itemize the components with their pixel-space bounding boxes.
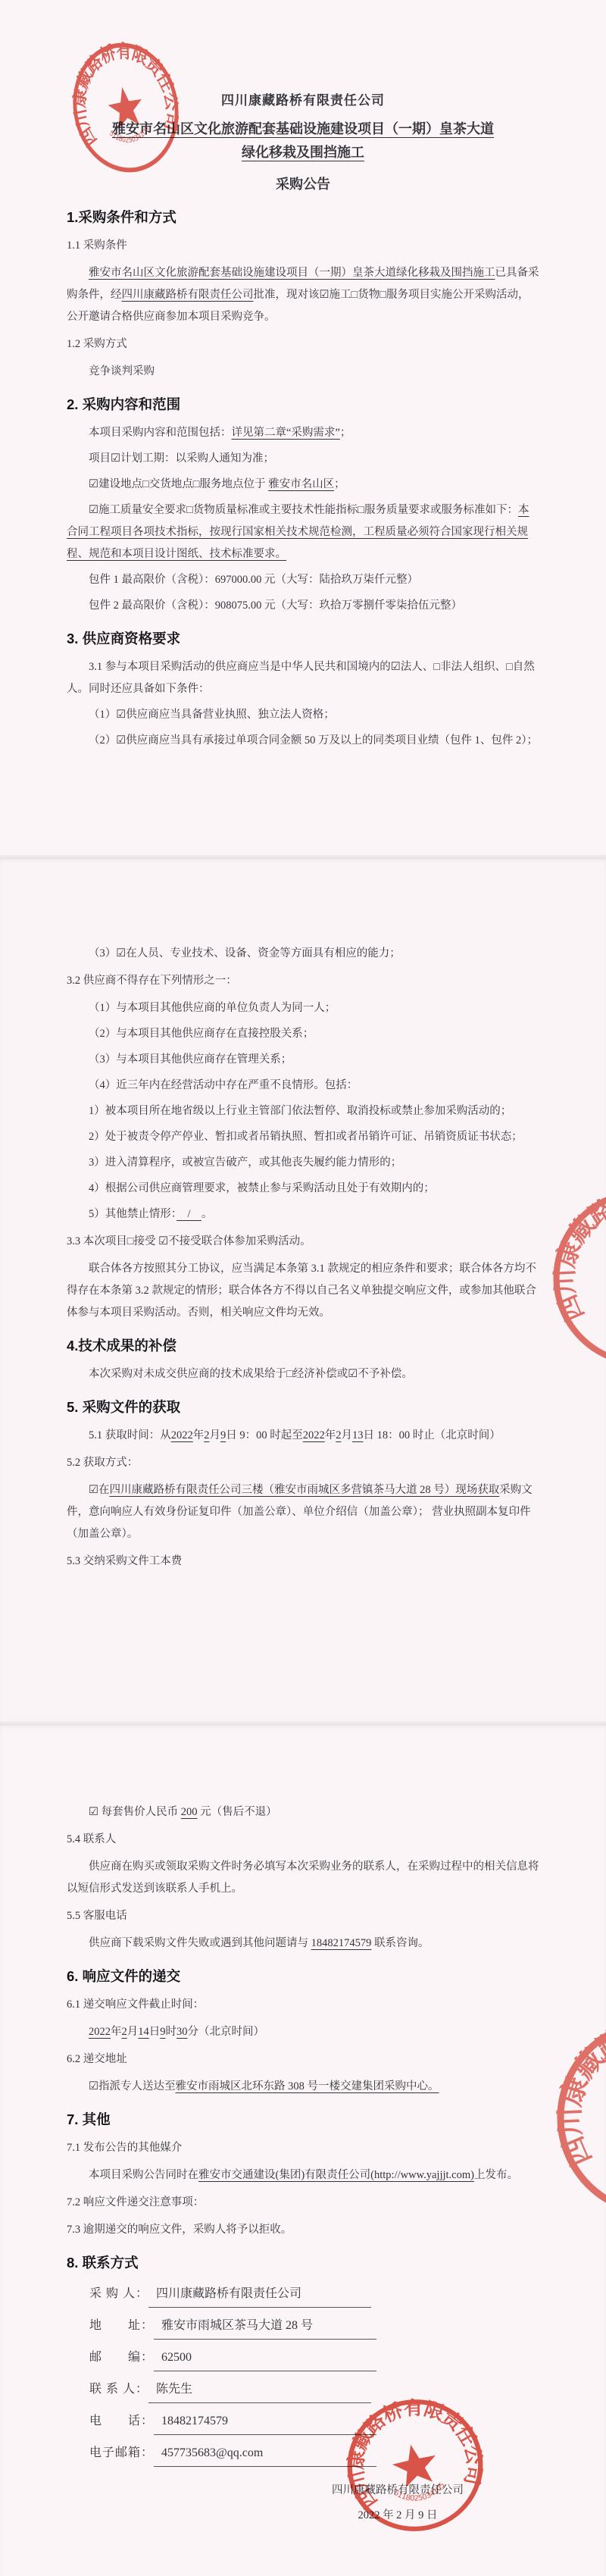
section-7-heading: 7. 其他: [67, 2108, 539, 2130]
contact-label: 地 址：: [89, 2319, 154, 2332]
clause-6-2-heading: 6.2 递交地址: [67, 2049, 539, 2071]
clause-3-2-item-4e: 5）其他禁止情形： / 。: [67, 1203, 539, 1225]
clause-7-3: 7.3 逾期递交的响应文件，采购人将予以拒收。: [67, 2219, 539, 2241]
text-segment: 2: [204, 1429, 209, 1441]
page-1-content: 四川康藏路桥有限责任公司 雅安市名山区文化旅游配套基础设施建设项目（一期）皇茶大…: [0, 0, 606, 752]
text-segment: 年: [111, 2026, 122, 2038]
text-segment: 9: [160, 2026, 165, 2038]
clause-3-1-item-2: （2）☑供应商应当具有承接过单项合同金额 50 万及以上的同类项目业绩（包件 1…: [67, 730, 539, 752]
text-segment: 5.1 获取时间：从: [89, 1429, 171, 1441]
text-segment: ☑ 每套售价人民币: [89, 1806, 181, 1818]
contact-value: 457735683@qq.com: [154, 2440, 376, 2467]
clause-5-2-heading: 5.2 获取方式：: [67, 1452, 539, 1474]
section-1-heading: 1.采购条件和方式: [67, 206, 539, 228]
clause-3-1-item-3: （3）☑在人员、专业技术、设备、资金等方面具有相应的能力；: [67, 943, 539, 965]
clause-3-2-item-2: （2）与本项目其他供应商存在直接控股关系；: [67, 1023, 539, 1045]
contact-value: 62500: [154, 2344, 376, 2371]
section-8-heading: 8. 联系方式: [67, 2252, 539, 2274]
text-segment: 日 9：00 时起至: [226, 1429, 303, 1441]
clause-5-4-body: 供应商在购买或领取采购文件时务必填写本次采购业务的联系人，在采购过程中的相关信息…: [67, 1856, 539, 1900]
clause-5-3-heading: 5.3 交纳采购文件工本费: [67, 1551, 539, 1573]
clause-7-1-heading: 7.1 发布公告的其他媒介: [67, 2137, 539, 2159]
text-segment: 月: [210, 1429, 221, 1441]
clause-3-1-item-1: （1）☑供应商应当具备营业执照、独立法人资格；: [67, 704, 539, 726]
contact-row-address: 地 址：雅安市雨城区茶马大道 28 号: [67, 2312, 539, 2340]
clause-1-2-body: 竞争谈判采购: [67, 361, 539, 383]
clause-3-2-item-4c: 3）进入清算程序，或被宣告破产，或其他丧失履约能力情形的；: [67, 1152, 539, 1174]
section-4-heading: 4.技术成果的补偿: [67, 1335, 539, 1357]
section-6-heading: 6. 响应文件的递交: [67, 1965, 539, 1987]
text-segment: 14: [138, 2026, 149, 2038]
text-segment: 四川康藏路桥有限责任公司: [122, 289, 254, 301]
text-segment: ☑建设地点□交货地点□服务地点位于: [89, 478, 268, 490]
contact-row-email: 电子邮箱：457735683@qq.com: [67, 2440, 539, 2467]
text-segment: 月: [127, 2026, 139, 2038]
text-segment: 13: [352, 1429, 364, 1441]
document-title-block: 四川康藏路桥有限责任公司 雅安市名山区文化旅游配套基础设施建设项目（一期）皇茶大…: [67, 0, 539, 196]
location-paragraph: ☑建设地点□交货地点□服务地点位于 雅安市名山区；: [67, 474, 539, 496]
section-5-heading: 5. 采购文件的获取: [67, 1396, 539, 1418]
text-segment: 雅安市雨城区北环东路 308 号一楼交建集团采购中心。: [176, 2080, 439, 2092]
text-segment: /: [176, 1208, 201, 1220]
clause-6-1-deadline: 2022年2月14日9时30分（北京时间）: [67, 2021, 539, 2043]
page-1: 四川康藏路桥有限责任公司 5118025034105 四川康藏路桥有限责任公司 …: [0, 0, 606, 855]
clause-5-5-heading: 5.5 客服电话: [67, 1905, 539, 1927]
clause-6-1-heading: 6.1 递交响应文件截止时间：: [67, 1994, 539, 2016]
contact-label: 联 系 人：: [89, 2383, 148, 2396]
contact-value: 四川康藏路桥有限责任公司: [148, 2280, 371, 2308]
text-segment: 雅安市名山区: [268, 478, 334, 490]
package-1-price: 包件 1 最高限价（含税）：697000.00 元（大写：陆拾玖万柒仟元整）: [67, 569, 539, 591]
clause-3-2-heading: 3.2 供应商不得存在下列情形之一：: [67, 970, 539, 992]
clause-7-2: 7.2 响应文件递交注意事项：: [67, 2192, 539, 2214]
text-segment: ；: [334, 478, 345, 490]
page-2: 四川康藏路桥有限责任公司 （3）☑在人员、专业技术、设备、资金等方面具有相应的能…: [0, 855, 606, 1721]
signature-date: 2022 年 2 月 9 日: [332, 2504, 464, 2527]
text-segment: 日: [149, 2026, 161, 2038]
scope-paragraph: 本项目采购内容和范围包括：详见第二章“采购需求”；: [67, 422, 539, 444]
text-segment: 200: [181, 1806, 198, 1818]
clause-1-1-heading: 1.1 采购条件: [67, 235, 539, 257]
contact-row-postcode: 邮 编：62500: [67, 2344, 539, 2371]
text-segment: 2: [336, 1429, 341, 1441]
clause-5-2-method: ☑在四川康藏路桥有限责任公司三楼（雅安市雨城区多营镇茶马大道 28 号）现场获取…: [67, 1479, 539, 1545]
text-segment: 雅安市名山区文化旅游配套基础设施建设项目（一期）皇茶大道绿化移栽及围挡施工: [89, 267, 495, 279]
page-2-content: （3）☑在人员、专业技术、设备、资金等方面具有相应的能力； 3.2 供应商不得存…: [0, 857, 606, 1573]
project-title-line2: 绿化移栽及围挡施工: [67, 141, 539, 164]
text-segment: 本项目采购公告同时在: [89, 2169, 198, 2181]
signature-block: 四川康藏路桥有限责任公司 2022 年 2 月 9 日: [332, 2479, 464, 2527]
quality-paragraph: ☑施工质量安全要求□货物质量标准或主要技术性能指标□服务质量要求或服务标准如下：…: [67, 499, 539, 565]
contact-row-phone: 电 话：18482174579: [67, 2408, 539, 2435]
package-2-price: 包件 2 最高限价（含税）：908075.00 元（大写：玖拾万零捌仟零柒拾伍元…: [67, 595, 539, 617]
clause-3-3-note: 联合体各方按照其分工协议，应当满足本条第 3.1 款规定的相应条件和要求；联合体…: [67, 1258, 539, 1324]
duration-paragraph: 项目☑计划工期：以采购人通知为准；: [67, 448, 539, 470]
text-segment: ☑在: [89, 1484, 110, 1496]
text-segment: 日 18：00 时止（北京时间）: [364, 1429, 501, 1441]
clause-3-3: 3.3 本次项目□接受 ☑不接受联合体参加采购活动。: [67, 1231, 539, 1253]
text-segment: 2022: [171, 1429, 193, 1441]
text-segment: 。: [201, 1208, 213, 1220]
text-segment: 供应商下载采购文件失败或遇到其他问题请与: [89, 1937, 311, 1949]
clause-5-1-time: 5.1 获取时间：从2022年2月9日 9：00 时起至2022年2月13日 1…: [67, 1425, 539, 1447]
clause-5-5-body: 供应商下载采购文件失败或遇到其他问题请与 18482174579 联系咨询。: [67, 1933, 539, 1955]
text-segment: 上发布。: [474, 2169, 518, 2181]
clause-1-1-body: 雅安市名山区文化旅游配套基础设施建设项目（一期）皇茶大道绿化移栽及围挡施工已具备…: [67, 262, 539, 328]
text-segment: 5）其他禁止情形：: [89, 1208, 176, 1220]
clause-3-2-item-4: （4）近三年内在经营活动中存在严重不良情形。包括：: [67, 1075, 539, 1097]
clause-4-body: 本次采购对未成交供应商的技术成果给于□经济补偿或☑不予补偿。: [67, 1363, 539, 1385]
page-3: 四川康藏路桥有限责任公司 四川康藏路桥有限责任公司 5118025034105 …: [0, 1721, 606, 2576]
clause-5-3-fee: ☑ 每套售价人民币 200 元（售后不退）: [67, 1801, 539, 1823]
text-segment: 年: [325, 1429, 336, 1441]
clause-5-4-heading: 5.4 联系人: [67, 1829, 539, 1851]
contact-row-person: 联 系 人：陈先生: [67, 2376, 539, 2403]
contact-value: 18482174579: [154, 2408, 376, 2435]
text-segment: 2: [122, 2026, 127, 2038]
text-segment: 本项目采购内容和范围包括：: [89, 427, 232, 439]
contact-label: 电子邮箱：: [89, 2446, 154, 2459]
text-segment: 联系咨询。: [371, 1937, 429, 1949]
text-segment: 四川康藏路桥有限责任公司三楼（雅安市雨城区多营镇茶马大道 28 号）现场获取: [110, 1484, 500, 1496]
text-segment: ；: [340, 427, 351, 439]
company-title: 四川康藏路桥有限责任公司: [67, 89, 539, 111]
clause-7-1-body: 本项目采购公告同时在雅安市交通建设(集团)有限责任公司(http://www.y…: [67, 2164, 539, 2186]
text-segment: 雅安市交通建设(集团)有限责任公司(http://www.yajjjt.com): [198, 2169, 474, 2181]
clause-3-2-item-3: （3）与本项目其他供应商存在管理关系；: [67, 1049, 539, 1071]
text-segment: 18482174579: [311, 1937, 372, 1949]
doc-type-title: 采购公告: [67, 174, 539, 196]
text-segment: ☑施工质量安全要求□货物质量标准或主要技术性能指标□服务质量要求或服务标准如下：: [89, 504, 518, 516]
section-3-heading: 3. 供应商资格要求: [67, 628, 539, 649]
text-segment: 月: [342, 1429, 353, 1441]
contact-row-buyer: 采 购 人：四川康藏路桥有限责任公司: [67, 2280, 539, 2308]
text-segment: 年: [193, 1429, 205, 1441]
text-segment: 2022: [89, 2026, 111, 2038]
text-segment: ☑指派专人送达至: [89, 2080, 176, 2092]
contact-label: 邮 编：: [89, 2351, 154, 2364]
project-title-line1: 雅安市名山区文化旅游配套基础设施建设项目（一期）皇茶大道: [67, 117, 539, 141]
section-2-heading: 2. 采购内容和范围: [67, 393, 539, 415]
text-segment: 2022: [303, 1429, 325, 1441]
contact-value: 陈先生: [148, 2376, 371, 2403]
page-3-content: ☑ 每套售价人民币 200 元（售后不退） 5.4 联系人 供应商在购买或领取采…: [0, 1723, 606, 2527]
clause-3-1: 3.1 参与本项目采购活动的供应商应当是中华人民共和国境内的☑法人、□非法人组织…: [67, 656, 539, 700]
clause-6-2-address: ☑指派专人送达至雅安市雨城区北环东路 308 号一楼交建集团采购中心。: [67, 2076, 539, 2098]
clause-3-2-item-4b: 2）处于被责令停产停业、暂扣或者吊销执照、暂扣或者吊销许可证、吊销资质证书状态；: [67, 1126, 539, 1148]
contact-label: 采 购 人：: [89, 2287, 148, 2300]
text-segment: 30: [176, 2026, 188, 2038]
clause-3-2-item-1: （1）与本项目其他供应商的单位负责人为同一人；: [67, 997, 539, 1019]
contact-value: 雅安市雨城区茶马大道 28 号: [154, 2312, 376, 2340]
contact-label: 电 话：: [89, 2415, 154, 2427]
text-segment: 分（北京时间）: [188, 2026, 265, 2038]
text-segment: 元（售后不退）: [198, 1806, 277, 1818]
clause-1-2-heading: 1.2 采购方式: [67, 333, 539, 355]
clause-3-2-item-4d: 4）根据公司供应商管理要求，被禁止参与采购活动且处于有效期内的；: [67, 1178, 539, 1200]
clause-3-2-item-4a: 1）被本项目所在地省级以上行业主管部门依法暂停、取消投标或禁止参加采购活动的；: [67, 1100, 539, 1122]
text-segment: 详见第二章“采购需求”: [232, 427, 340, 439]
text-segment: 时: [166, 2026, 177, 2038]
signature-company: 四川康藏路桥有限责任公司: [332, 2479, 464, 2502]
